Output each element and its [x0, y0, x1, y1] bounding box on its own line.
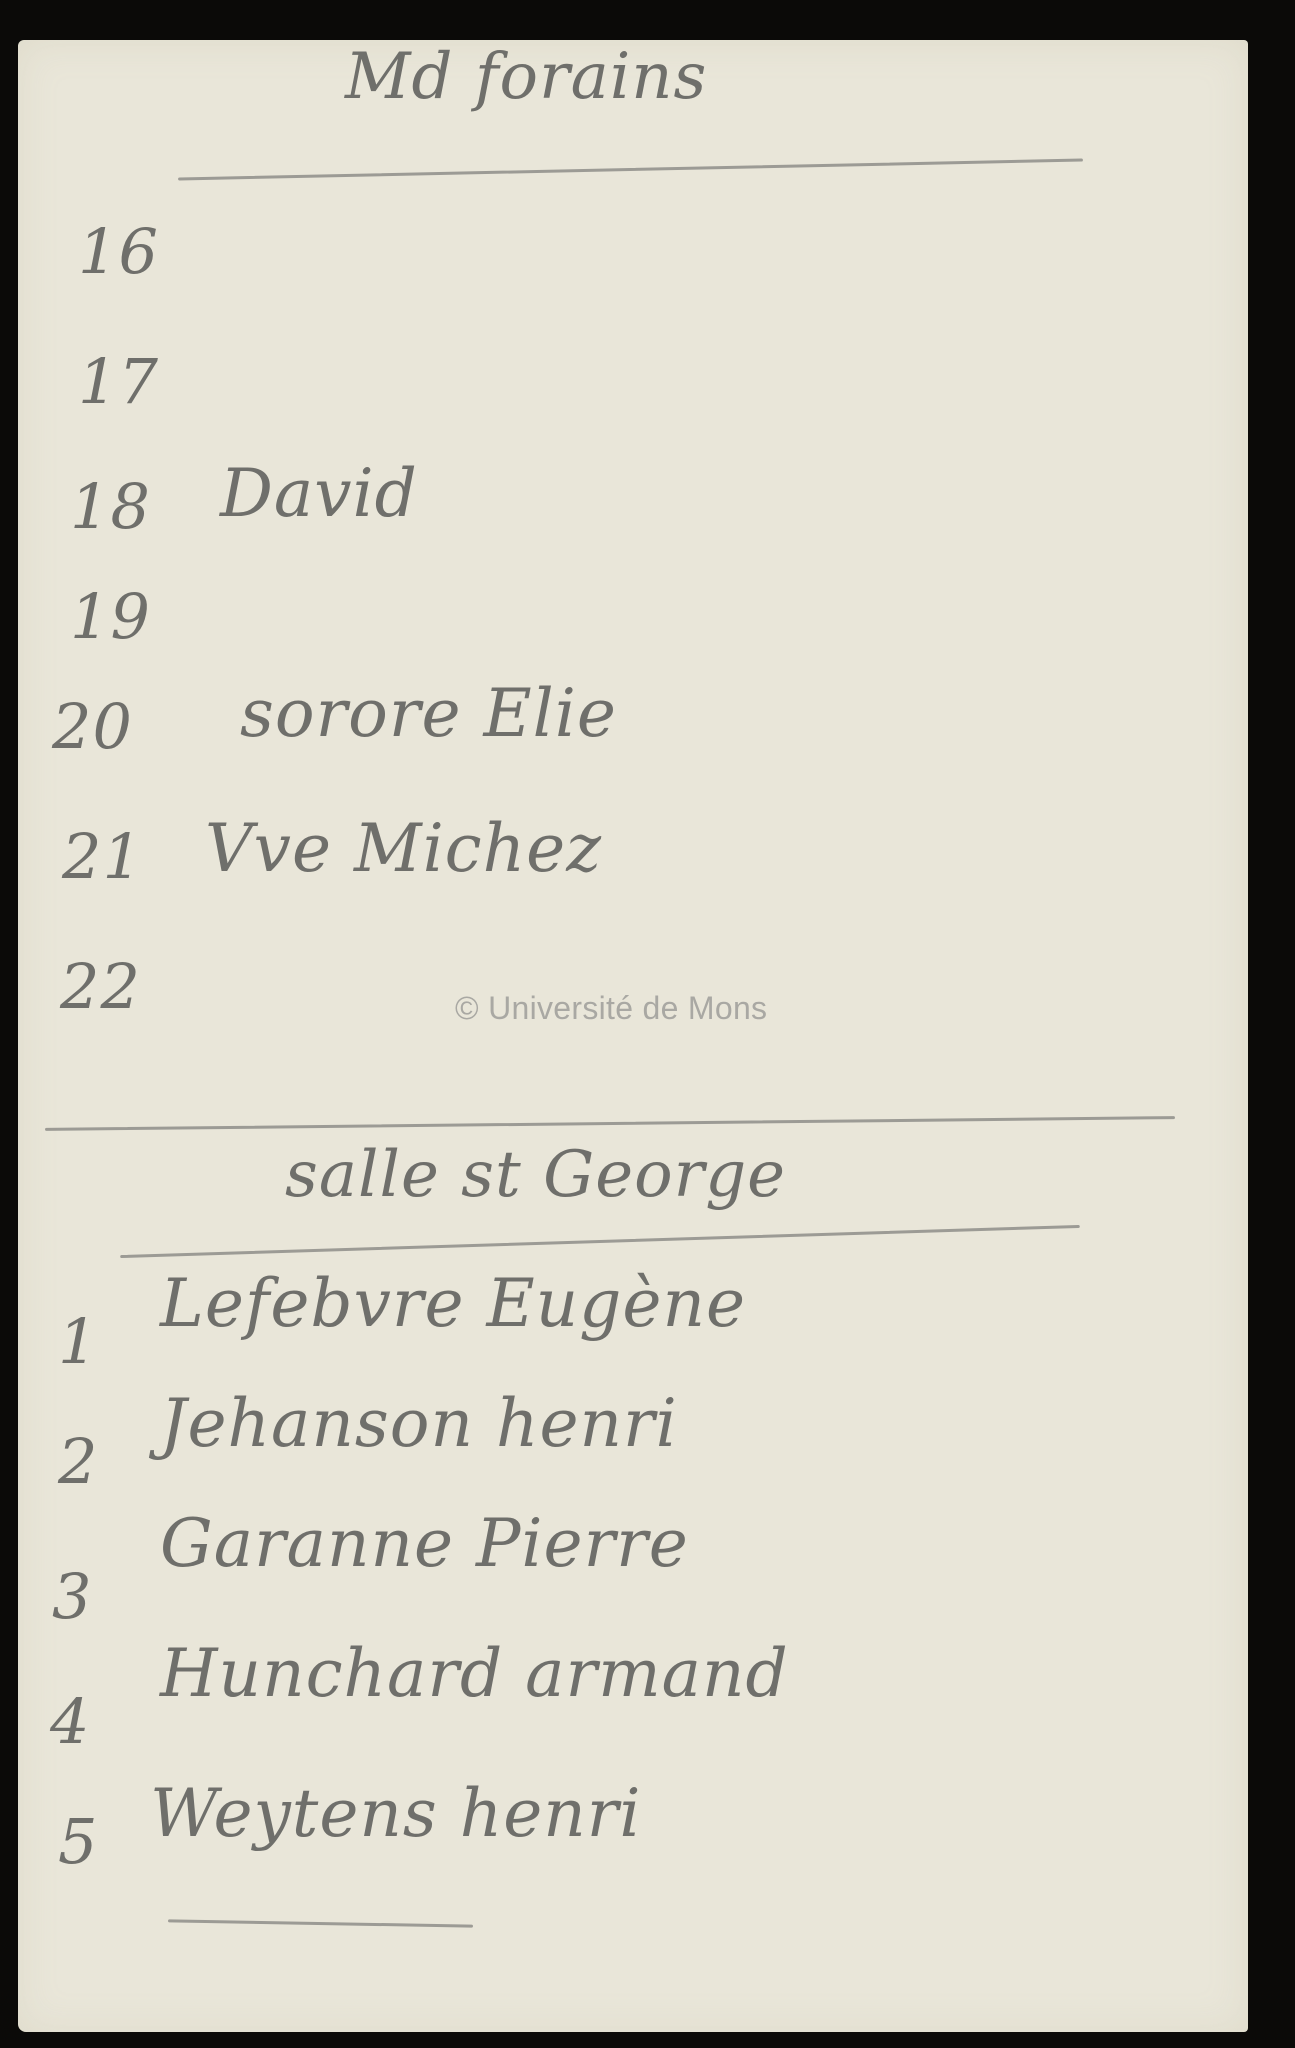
entry-number: 5: [58, 1805, 98, 1878]
entry-name: Weytens henri: [150, 1775, 641, 1852]
entry-name: Lefebvre Eugène: [160, 1265, 746, 1342]
entry-number: 17: [78, 345, 159, 418]
entry-number: 3: [52, 1560, 92, 1633]
entry-number: 21: [62, 820, 143, 893]
entry-name: Vve Michez: [205, 810, 602, 887]
entry-number: 2: [58, 1425, 98, 1498]
entry-number: 22: [60, 950, 141, 1023]
entry-name: David: [220, 455, 418, 532]
entry-number: 19: [70, 580, 151, 653]
section2-title: salle st George: [285, 1138, 786, 1212]
entry-name: Hunchard armand: [160, 1635, 789, 1712]
entry-name: sorore Elie: [240, 675, 617, 752]
section1-title: Md forains: [345, 40, 707, 114]
entry-number: 4: [50, 1685, 90, 1758]
entry-name: Garanne Pierre: [160, 1505, 689, 1582]
entry-number: 18: [70, 470, 151, 543]
paper-sheet: [18, 40, 1248, 2032]
entry-number: 1: [58, 1305, 98, 1378]
copyright-watermark: © Université de Mons: [455, 990, 767, 1027]
entry-name: Jehanson henri: [160, 1385, 678, 1462]
entry-number: 20: [52, 690, 133, 763]
entry-number: 16: [78, 215, 159, 288]
